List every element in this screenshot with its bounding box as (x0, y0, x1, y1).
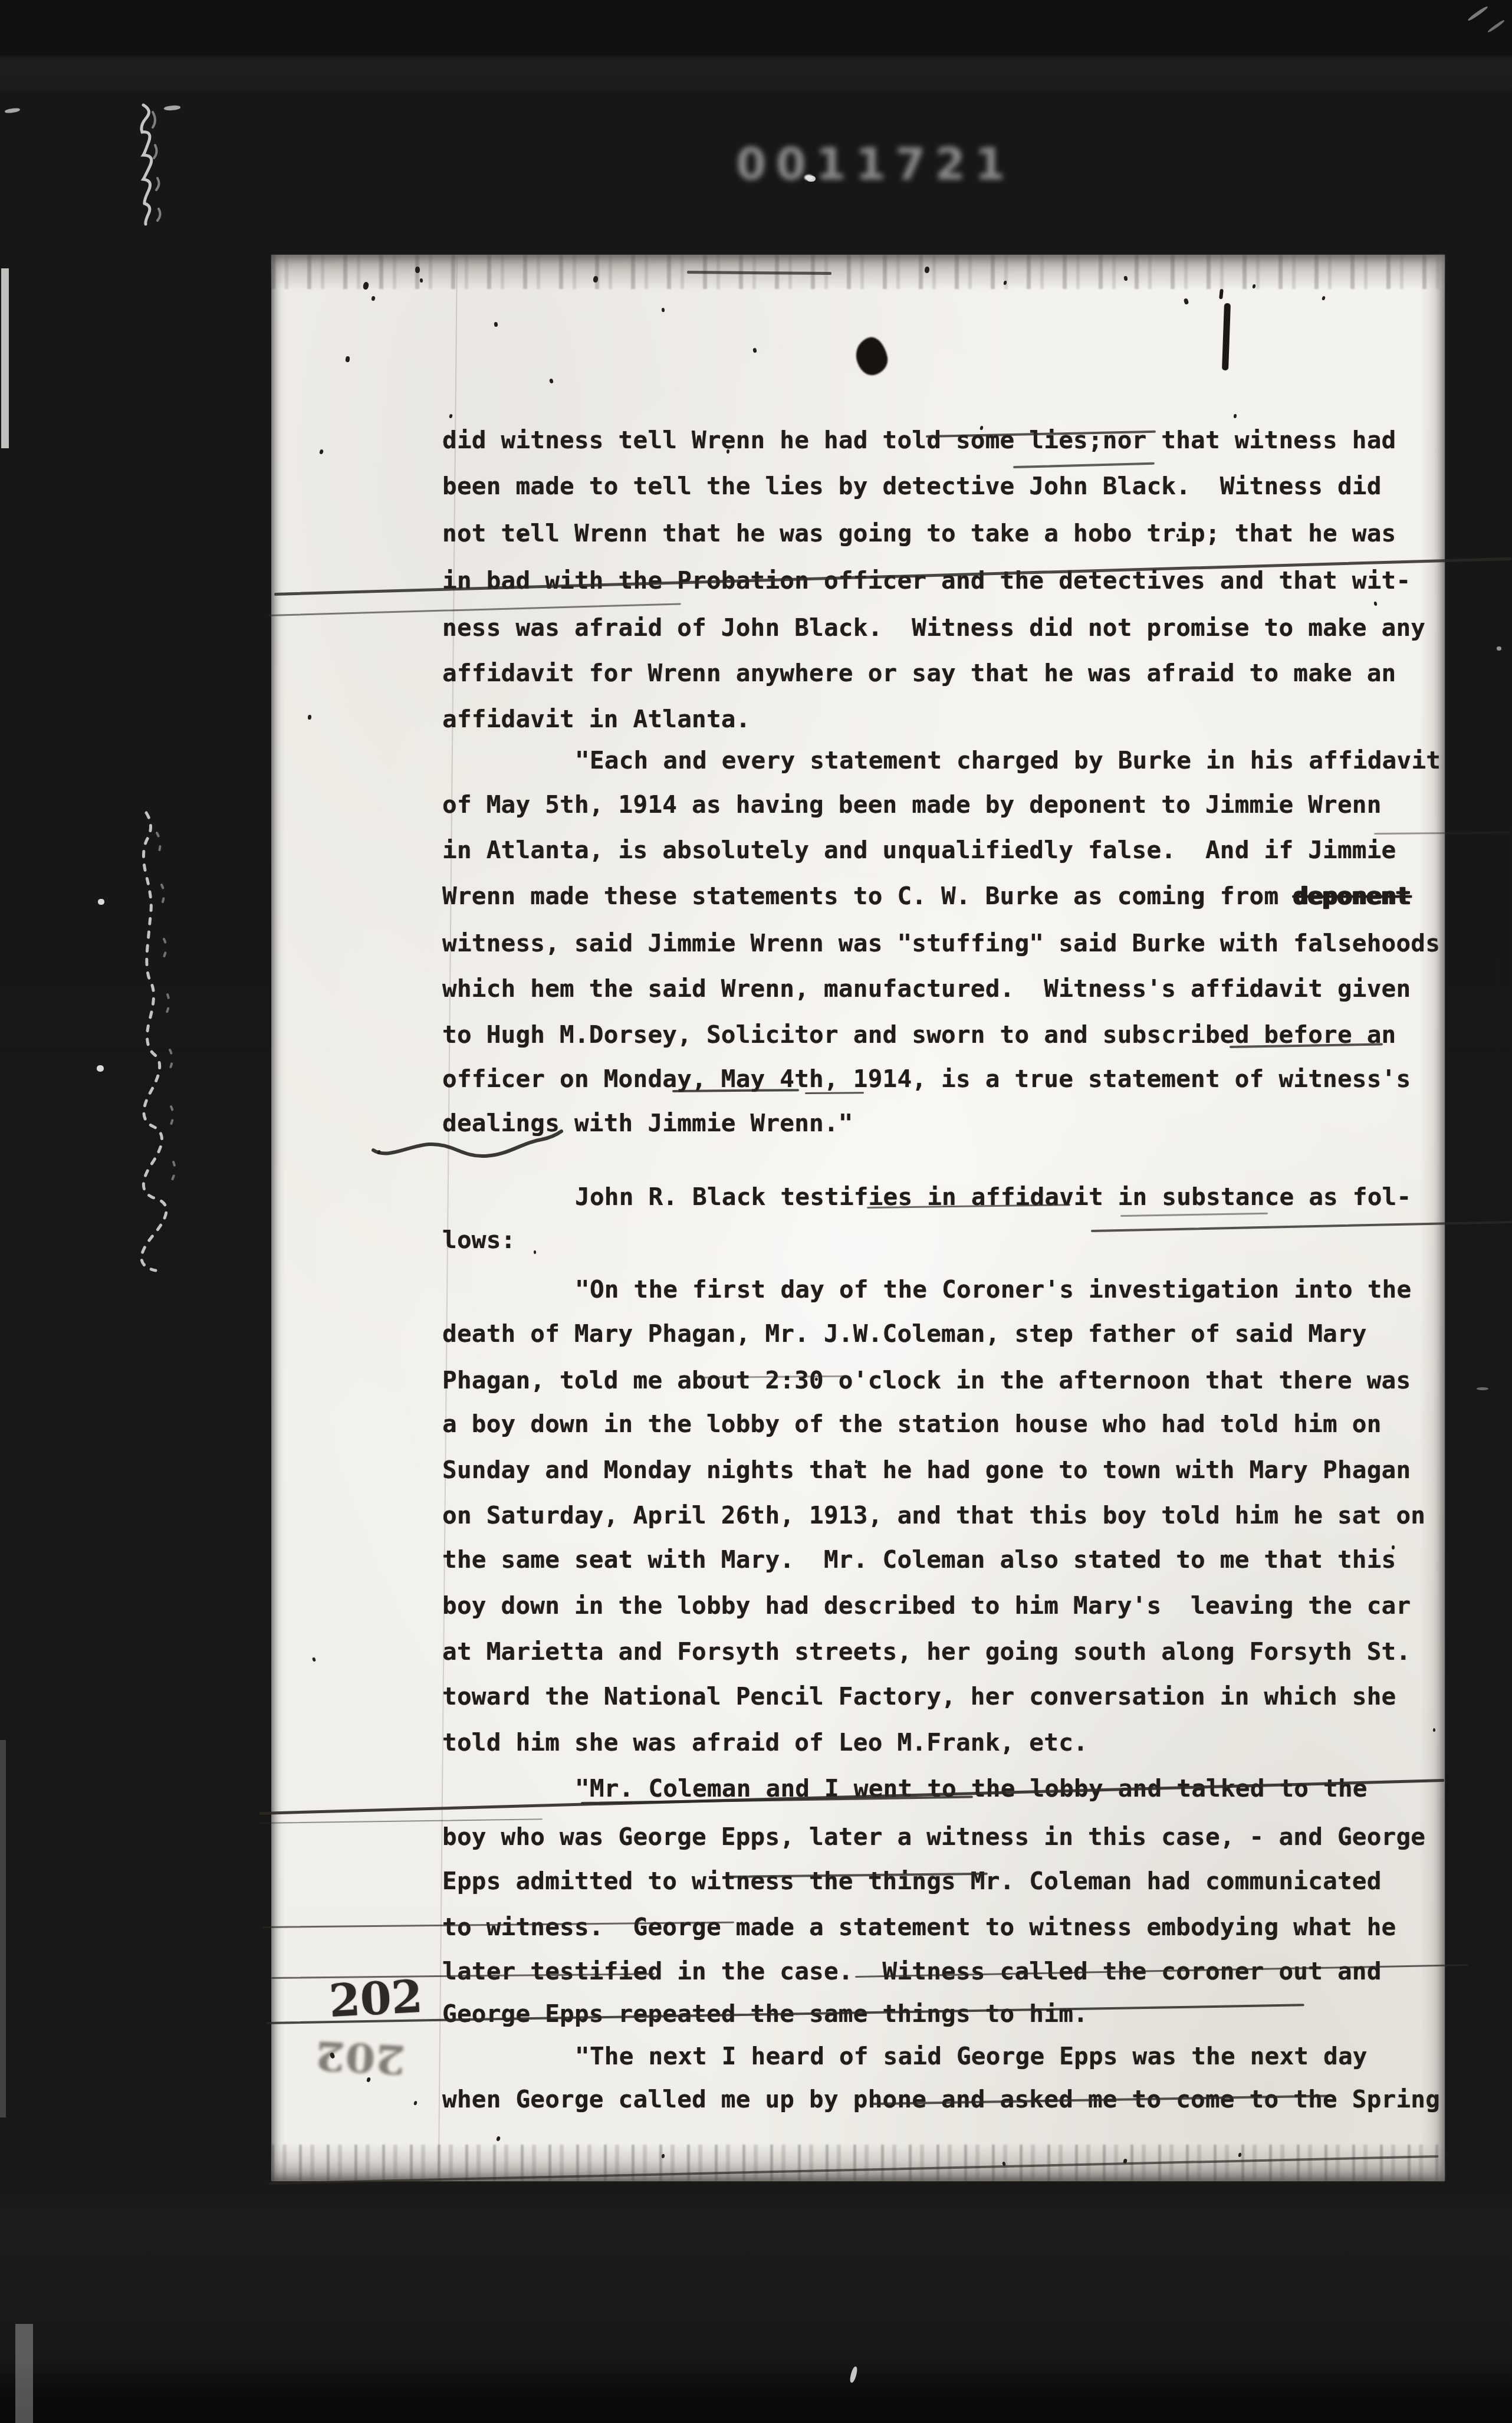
typewritten-line: been made to tell the lies by detective … (442, 472, 1382, 500)
typewritten-line: boy who was George Epps, later a witness… (442, 1823, 1425, 1851)
typewritten-line: to Hugh M.Dorsey, Solicitor and sworn to… (442, 1020, 1396, 1049)
ink-speck (415, 267, 420, 273)
ink-speck (420, 278, 423, 283)
film-fleck (1487, 19, 1506, 34)
typewritten-line: a boy down in the lobby of the station h… (442, 1410, 1382, 1438)
ink-speck (855, 1460, 857, 1463)
ink-speck (1111, 1930, 1114, 1934)
typewritten-line: in Atlanta, is absolutely and unqualifie… (442, 836, 1396, 864)
typewritten-line: not tell Wrenn that he was going to take… (442, 519, 1396, 547)
page-number-stamp-inverted-smudge: 202 (314, 2031, 406, 2083)
ink-speck (1392, 1545, 1395, 1549)
typewritten-line: on Saturday, April 26th, 1913, and that … (442, 1501, 1425, 1529)
typewritten-line: "Mr. Coleman and I went to the lobby and… (575, 1774, 1368, 1803)
typewritten-line: toward the National Pencil Factory, her … (442, 1682, 1396, 1710)
film-fleck (97, 1065, 104, 1072)
typewritten-line: lows: (442, 1226, 515, 1254)
film-fleck (1497, 646, 1501, 651)
typewritten-line: the same seat with Mary. Mr. Coleman als… (442, 1545, 1396, 1574)
typewritten-line: affidavit for Wrenn anywhere or say that… (442, 659, 1396, 687)
film-edge-streak (0, 1740, 6, 2117)
typewritten-line: to witness. George made a statement to w… (442, 1913, 1396, 1941)
ink-speck (662, 308, 665, 312)
film-fleck (1477, 1387, 1488, 1390)
typewritten-line: witness, said Jimmie Wrenn was "stuffing… (442, 929, 1440, 957)
page-top-edge-grime (271, 255, 1445, 289)
typewritten-line: "The next I heard of said George Epps wa… (575, 2042, 1368, 2070)
ink-speck (534, 1250, 536, 1254)
page-number-stamp: 202 (328, 1970, 424, 2027)
film-fleck (1467, 5, 1488, 22)
typewritten-line: did witness tell Wrenn he had told some … (442, 426, 1396, 454)
film-fleck (849, 2366, 859, 2383)
typewritten-line: which hem the said Wrenn, manufactured. … (442, 974, 1411, 1003)
film-fleck (5, 107, 21, 114)
typewritten-line: Epps admitted to witness the things Mr. … (442, 1867, 1382, 1895)
typewritten-line: Phagan, told me about 2:30 o'clock in th… (442, 1366, 1411, 1394)
wavy-pen-line (353, 1116, 600, 1169)
typewritten-line: of May 5th, 1914 as having been made by … (442, 790, 1382, 819)
typewritten-line: boy down in the lobby had described to h… (442, 1591, 1411, 1620)
film-edge-handwriting-upper (127, 100, 180, 248)
film-fleck (98, 899, 104, 905)
film-edge-streak (1, 268, 9, 448)
typewritten-line: Wrenn made these statements to C. W. Bur… (442, 882, 1411, 910)
typewritten-line: at Marietta and Forsyth streets, her goi… (442, 1637, 1411, 1666)
typewritten-line: Sunday and Monday nights that he had gon… (442, 1456, 1411, 1484)
film-frame-number-stamp: 0011721 (736, 139, 1014, 190)
typewritten-line: officer on Monday, May 4th, 1914, is a t… (442, 1065, 1411, 1093)
typewritten-line: when George called me up by phone and as… (442, 2085, 1440, 2113)
ink-speck (1433, 1728, 1435, 1732)
typewritten-line: death of Mary Phagan, Mr. J.W.Coleman, s… (442, 1319, 1367, 1348)
film-edge-streak (15, 2324, 33, 2423)
typewritten-line: in bad with the Probation officer and th… (442, 566, 1411, 595)
typewritten-line: "Each and every statement charged by Bur… (575, 746, 1441, 774)
struck-out-word: deponent (1293, 882, 1411, 910)
typewritten-line: later testified in the case. Witness cal… (442, 1957, 1382, 1985)
typewritten-line: told him she was afraid of Leo M.Frank, … (442, 1728, 1088, 1756)
typewritten-line: affidavit in Atlanta. (442, 705, 751, 733)
film-fleck (807, 176, 816, 182)
page-right-edge-shading (1420, 255, 1445, 2181)
page-bottom-edge-grime (271, 2145, 1445, 2181)
microfilm-frame: { "film": { "frame_stamp": "0011721" }, … (0, 0, 1512, 2423)
film-edge-handwriting-lower (133, 809, 186, 1281)
typewritten-line: ness was afraid of John Black. Witness d… (442, 613, 1425, 642)
typewritten-line: "On the first day of the Coroner's inves… (575, 1275, 1411, 1304)
